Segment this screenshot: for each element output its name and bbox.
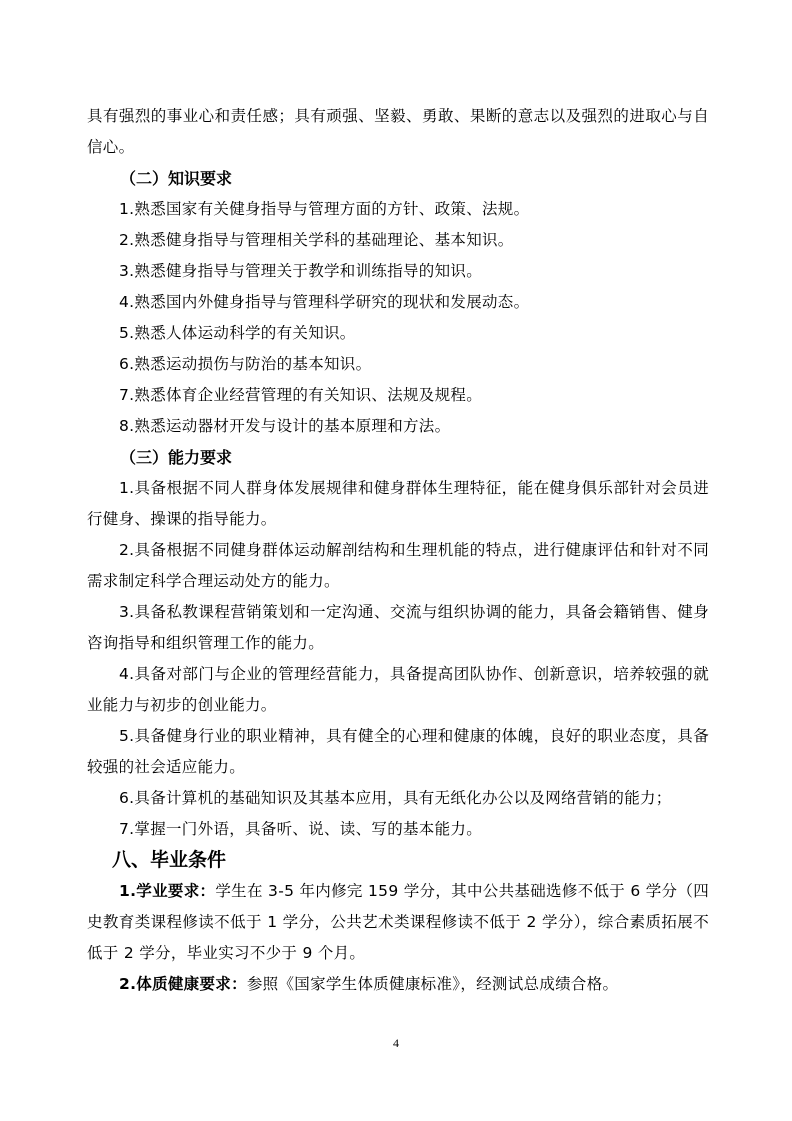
knowledge-item: 5.熟悉人体运动科学的有关知识。 bbox=[87, 318, 709, 349]
knowledge-item: 1.熟悉国家有关健身指导与管理方面的方针、政策、法规。 bbox=[87, 194, 709, 225]
knowledge-item: 7.熟悉体育企业经营管理的有关知识、法规及规程。 bbox=[87, 380, 709, 411]
graduation-item-academic: 1.学业要求：学生在 3-5 年内修完 159 学分，其中公共基础选修不低于 6… bbox=[87, 876, 709, 969]
ability-section-title: （三）能力要求 bbox=[87, 442, 709, 473]
ability-item: 4.具备对部门与企业的管理经营能力，具备提高团队协作、创新意识，培养较强的就业能… bbox=[87, 659, 709, 721]
knowledge-item: 8.熟悉运动器材开发与设计的基本原理和方法。 bbox=[87, 411, 709, 442]
document-page: 具有强烈的事业心和责任感；具有顽强、坚毅、勇敢、果断的意志以及强烈的进取心与自信… bbox=[87, 101, 709, 1000]
knowledge-item: 4.熟悉国内外健身指导与管理科学研究的现状和发展动态。 bbox=[87, 287, 709, 318]
ability-item: 3.具备私教课程营销策划和一定沟通、交流与组织协调的能力，具备会籍销售、健身咨询… bbox=[87, 597, 709, 659]
graduation-item-health: 2.体质健康要求：参照《国家学生体质健康标准》，经测试总成绩合格。 bbox=[87, 969, 709, 1000]
intro-paragraph: 具有强烈的事业心和责任感；具有顽强、坚毅、勇敢、果断的意志以及强烈的进取心与自信… bbox=[87, 101, 709, 163]
knowledge-item: 2.熟悉健身指导与管理相关学科的基础理论、基本知识。 bbox=[87, 225, 709, 256]
knowledge-item: 3.熟悉健身指导与管理关于教学和训练指导的知识。 bbox=[87, 256, 709, 287]
knowledge-item: 6.熟悉运动损伤与防治的基本知识。 bbox=[87, 349, 709, 380]
ability-item: 7.掌握一门外语，具备听、说、读、写的基本能力。 bbox=[87, 814, 709, 845]
ability-item: 1.具备根据不同人群身体发展规律和健身群体生理特征，能在健身俱乐部针对会员进行健… bbox=[87, 473, 709, 535]
knowledge-section-title: （二）知识要求 bbox=[87, 163, 709, 194]
graduation-item-text: 参照《国家学生体质健康标准》，经测试总成绩合格。 bbox=[247, 975, 618, 993]
ability-item: 2.具备根据不同健身群体运动解剖结构和生理机能的特点，进行健康评估和针对不同需求… bbox=[87, 535, 709, 597]
graduation-item-label: 1.学业要求： bbox=[119, 882, 215, 900]
ability-item: 5.具备健身行业的职业精神，具有健全的心理和健康的体魄，良好的职业态度，具备较强… bbox=[87, 721, 709, 783]
graduation-item-label: 2.体质健康要求： bbox=[119, 975, 247, 993]
ability-item: 6.具备计算机的基础知识及其基本应用，具有无纸化办公以及网络营销的能力； bbox=[87, 783, 709, 814]
page-number: 4 bbox=[0, 1036, 792, 1051]
graduation-section-title: 八、毕业条件 bbox=[87, 845, 709, 876]
